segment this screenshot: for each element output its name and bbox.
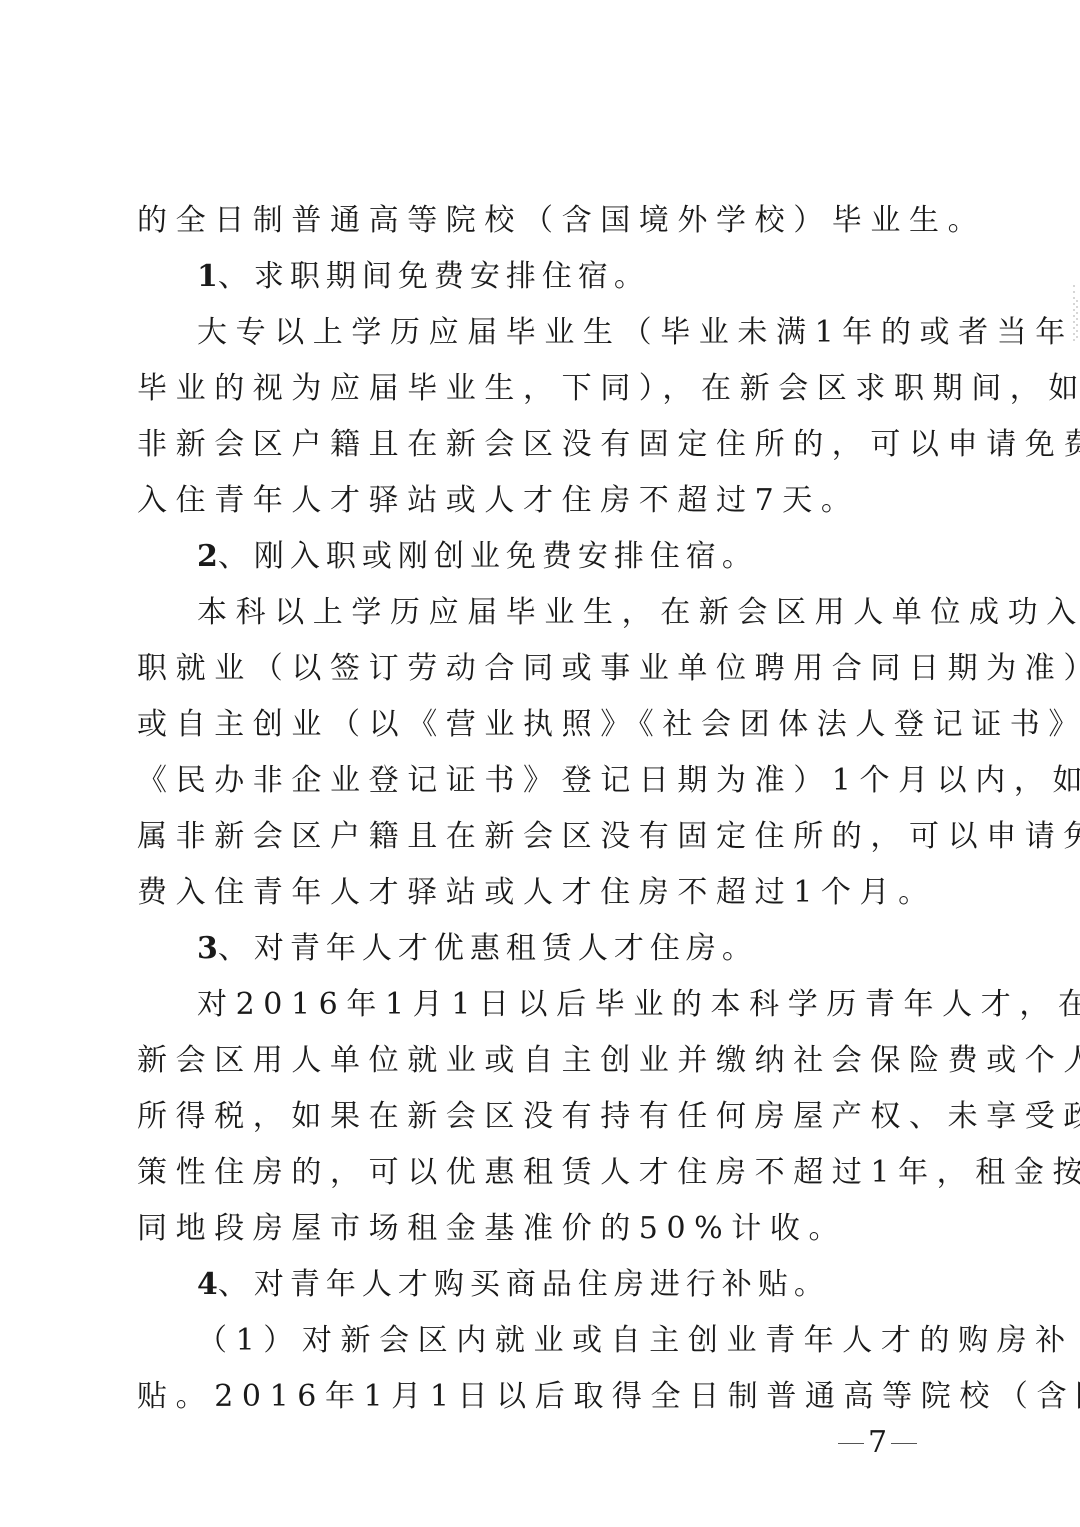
paragraph-line: 或自主创业（以《营业执照》《社会团体法人登记证书》或: [137, 705, 917, 745]
section-number: 2: [197, 539, 218, 574]
paragraph-line: 新会区用人单位就业或自主创业并缴纳社会保险费或个人: [137, 1041, 917, 1081]
section-heading: 2、刚入职或刚创业免费安排住宿。: [197, 537, 917, 577]
scan-artifact: [1076, 300, 1078, 340]
section-heading: 1、求职期间免费安排住宿。: [197, 257, 917, 297]
section-title: 、求职期间免费安排住宿。: [218, 259, 650, 294]
scan-artifact: [1073, 285, 1075, 345]
paragraph-line: 大专以上学历应届毕业生（毕业未满1年的或者当年: [197, 313, 917, 353]
section-number: 1: [197, 259, 218, 294]
section-number: 4: [197, 1267, 218, 1302]
page-number-dash-right: [891, 1443, 917, 1444]
paragraph-line: 毕业的视为应届毕业生，下同），在新会区求职期间，如属: [137, 369, 917, 409]
paragraph-line: 的全日制普通高等院校（含国境外学校）毕业生。: [137, 201, 917, 241]
paragraph-line: 《民办非企业登记证书》登记日期为准）1个月以内，如: [137, 761, 917, 801]
paragraph-line: 贴。2016年1月1日以后取得全日制普通高等院校（含国: [137, 1377, 917, 1417]
paragraph-line: 属非新会区户籍且在新会区没有固定住所的，可以申请免: [137, 817, 917, 857]
section-heading: 3、对青年人才优惠租赁人才住房。: [197, 929, 917, 969]
paragraph-line: 本科以上学历应届毕业生，在新会区用人单位成功入: [197, 593, 917, 633]
paragraph-line: 入住青年人才驿站或人才住房不超过7天。: [137, 481, 917, 521]
section-title: 、对青年人才购买商品住房进行补贴。: [218, 1267, 830, 1302]
section-title: 、对青年人才优惠租赁人才住房。: [218, 931, 758, 966]
page-number-value: 7: [868, 1423, 887, 1463]
paragraph-line: 同地段房屋市场租金基准价的50%计收。: [137, 1209, 917, 1249]
section-number: 3: [197, 931, 218, 966]
section-heading: 4、对青年人才购买商品住房进行补贴。: [197, 1265, 917, 1305]
paragraph-line: 对2016年1月1日以后毕业的本科学历青年人才，在: [197, 985, 917, 1025]
paragraph-line: 所得税，如果在新会区没有持有任何房屋产权、未享受政: [137, 1097, 917, 1137]
page-number-dash-left: [838, 1443, 864, 1444]
paragraph-line: 费入住青年人才驿站或人才住房不超过1个月。: [137, 873, 917, 913]
section-title: 、刚入职或刚创业免费安排住宿。: [218, 539, 758, 574]
document-page: 的全日制普通高等院校（含国境外学校）毕业生。1、求职期间免费安排住宿。大专以上学…: [0, 0, 1080, 1527]
page-number: 7: [838, 1423, 917, 1463]
paragraph-line: （1）对新会区内就业或自主创业青年人才的购房补: [197, 1321, 917, 1361]
paragraph-line: 策性住房的，可以优惠租赁人才住房不超过1年，租金按: [137, 1153, 917, 1193]
paragraph-line: 职就业（以签订劳动合同或事业单位聘用合同日期为准）: [137, 649, 917, 689]
paragraph-line: 非新会区户籍且在新会区没有固定住所的，可以申请免费: [137, 425, 917, 465]
